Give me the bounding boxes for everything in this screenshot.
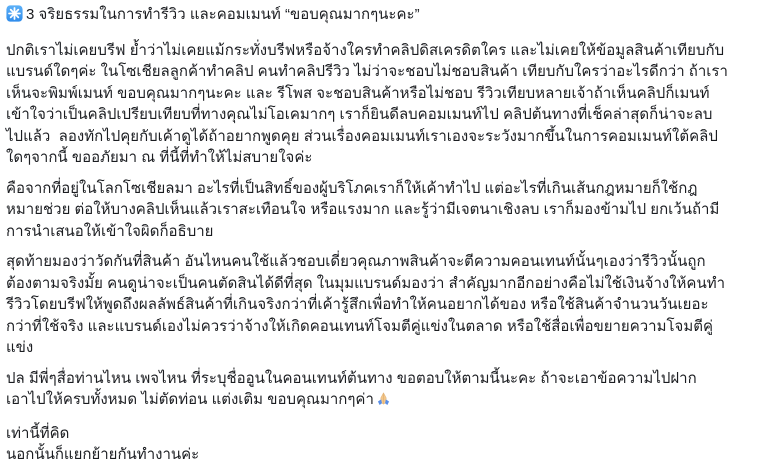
paragraph-ps-text: ปล มีพี่ๆสื่อท่านไหน เพจไหน ที่ระบุชื่ออ… xyxy=(6,370,697,409)
paragraph-ps: ปล มีพี่ๆสื่อท่านไหน เพจไหน ที่ระบุชื่ออ… xyxy=(6,368,752,414)
post-title: 3 จริยธรรมในการทำรีวิว และคอมเมนท์ “ขอบค… xyxy=(6,4,752,29)
paragraph-closing: เท่านี้ที่คิด นอกนั้นก็แยกย้ายกันทำงานค่… xyxy=(6,423,752,465)
paragraph-product-quality: สุดท้ายมองว่าวัดกันที่สินค้า อันไหนคนใช้… xyxy=(6,251,752,359)
paragraph-no-brief: ปกติเราไม่เคยบรีฟ ย้ำว่าไม่เคยแม้กระทั่ง… xyxy=(6,40,752,169)
blue-asterisk-icon xyxy=(6,5,23,29)
post-title-text: 3 จริยธรรมในการทำรีวิว และคอมเมนท์ “ขอบค… xyxy=(26,6,420,23)
paragraph-consumer-rights: คือจากที่อยู่ในโลกโซเชียลมา อะไรที่เป็นส… xyxy=(6,178,752,243)
folded-hands-icon xyxy=(376,392,391,414)
post-body: 3 จริยธรรมในการทำรีวิว และคอมเมนท์ “ขอบค… xyxy=(0,0,759,465)
